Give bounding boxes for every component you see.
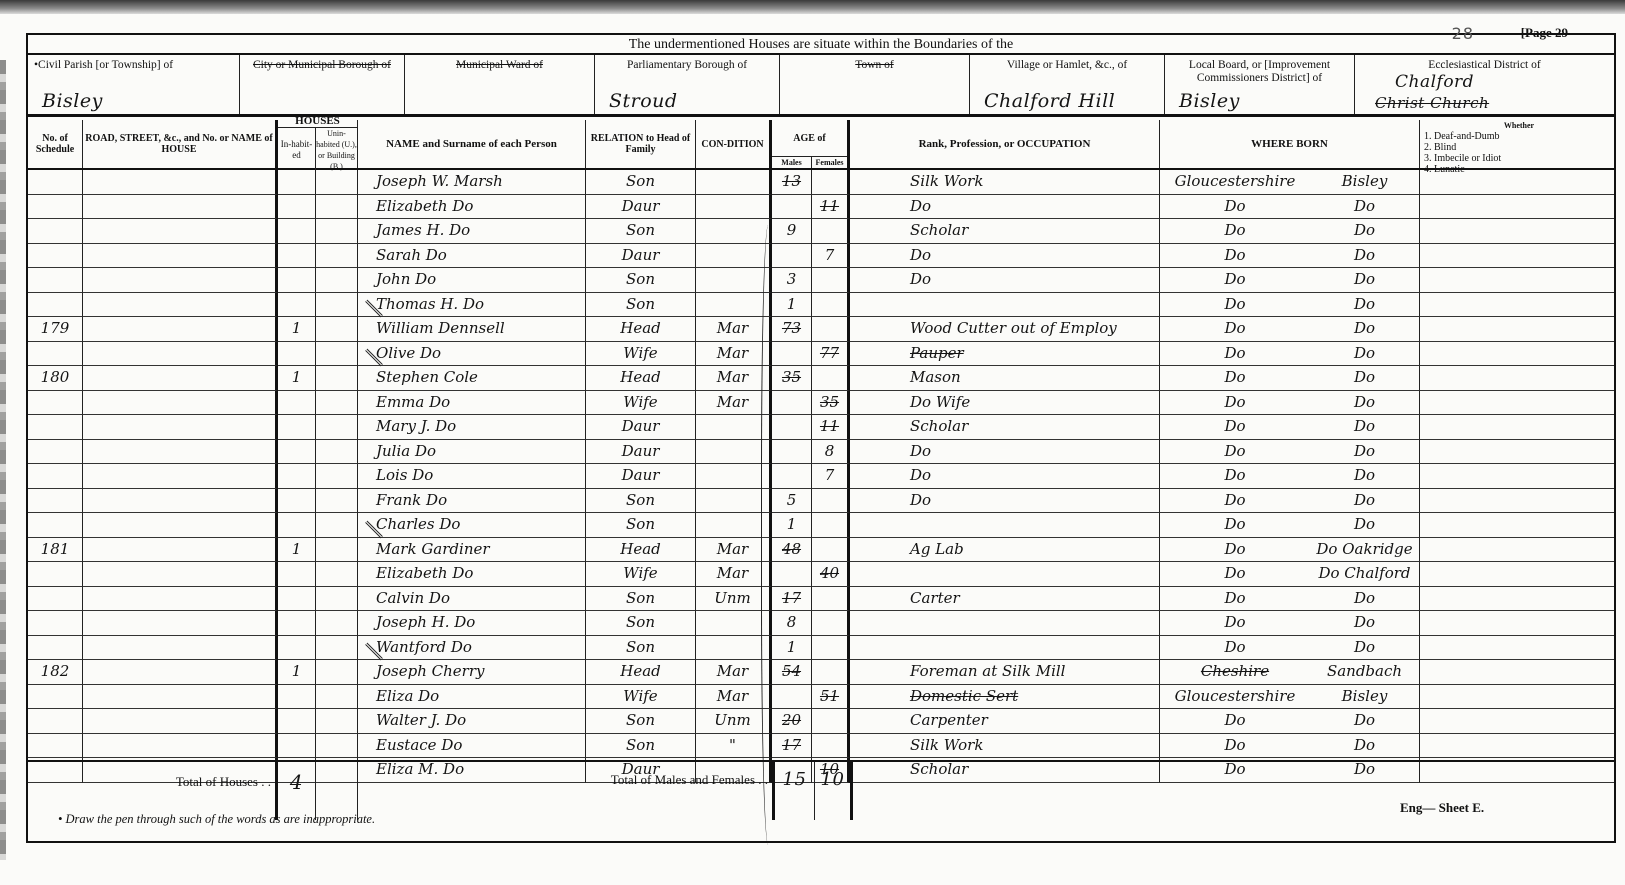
marital-condition	[696, 170, 772, 195]
col-schedule: No. of Schedule	[28, 120, 83, 168]
totals-empty	[853, 762, 1614, 820]
town-label: Town of	[786, 59, 963, 72]
inhabited-count	[278, 562, 316, 587]
uninhabited-cell	[316, 440, 358, 465]
born-place: Do	[1310, 342, 1420, 367]
footnote: • Draw the pen through such of the words…	[58, 812, 375, 827]
table-row: Sarah DoDaur7DoDoDo	[28, 244, 1614, 269]
born-county: Do	[1160, 244, 1310, 269]
born-county: Do	[1160, 293, 1310, 318]
born-county: Do	[1160, 440, 1310, 465]
female-age: 7	[812, 244, 850, 269]
table-row: Olive DoWifeMar77PauperDoDo	[28, 342, 1614, 367]
inhabited-count	[278, 244, 316, 269]
occupation: Mason	[850, 366, 1160, 391]
uninhabited-cell	[316, 293, 358, 318]
born-place: Sandbach	[1310, 660, 1420, 685]
female-age	[812, 170, 850, 195]
road-cell	[83, 195, 278, 220]
uninhabited-cell	[316, 464, 358, 489]
born-county: Do	[1160, 464, 1310, 489]
relation-to-head: Daur	[586, 195, 696, 220]
occupation: Silk Work	[850, 734, 1160, 759]
relation-to-head: Daur	[586, 464, 696, 489]
parliamentary-borough-label: Parliamentary Borough of	[601, 59, 773, 72]
col-age-label: AGE of	[772, 120, 847, 156]
relation-to-head: Head	[586, 660, 696, 685]
born-place: Do	[1310, 709, 1420, 734]
col-males: Males	[772, 157, 812, 168]
inhabited-count	[278, 195, 316, 220]
female-age: 7	[812, 464, 850, 489]
infirmity-cell	[1420, 611, 1614, 636]
road-cell	[83, 709, 278, 734]
born-county: Do	[1160, 268, 1310, 293]
born-county: Do	[1160, 489, 1310, 514]
uninhabited-cell	[316, 611, 358, 636]
occupation: Ag Lab	[850, 538, 1160, 563]
relation-to-head: Daur	[586, 440, 696, 465]
born-county: Do	[1160, 562, 1310, 587]
sheet-identifier: Eng— Sheet E.	[1400, 800, 1484, 816]
road-cell	[83, 366, 278, 391]
female-age	[812, 317, 850, 342]
relation-to-head: Head	[586, 366, 696, 391]
person-name: Wantford Do	[358, 636, 586, 661]
table-row: Emma DoWifeMar35Do WifeDoDo	[28, 391, 1614, 416]
occupation: Do	[850, 464, 1160, 489]
condition-column-pen-line	[761, 225, 779, 845]
table-row: Eliza DoWifeMar51Domestic SertGloucester…	[28, 685, 1614, 710]
person-name: Calvin Do	[358, 587, 586, 612]
road-cell	[83, 415, 278, 440]
uninhabited-cell	[316, 587, 358, 612]
table-row: 1801Stephen ColeHeadMar35MasonDoDo	[28, 366, 1614, 391]
female-age: 11	[812, 415, 850, 440]
municipal-borough-label: City or Municipal Borough of	[246, 59, 398, 72]
column-header-row: No. of Schedule ROAD, STREET, &c., and N…	[28, 120, 1614, 170]
person-name: Sarah Do	[358, 244, 586, 269]
inhabited-count	[278, 170, 316, 195]
male-age: 13	[772, 170, 812, 195]
schedule-number	[28, 342, 83, 367]
civil-parish-value: Bisley	[42, 90, 103, 112]
born-county: Do	[1160, 611, 1310, 636]
col-infirmity-2: 2. Blind	[1424, 142, 1614, 153]
relation-to-head: Son	[586, 293, 696, 318]
relation-to-head: Head	[586, 317, 696, 342]
inhabited-count	[278, 464, 316, 489]
table-row: Thomas H. DoSon1DoDo	[28, 293, 1614, 318]
total-persons-label: Total of Males and Females . .	[358, 762, 772, 820]
infirmity-cell	[1420, 268, 1614, 293]
inhabited-count	[278, 293, 316, 318]
infirmity-cell	[1420, 342, 1614, 367]
person-name: Stephen Cole	[358, 366, 586, 391]
col-occupation: Rank, Profession, or OCCUPATION	[850, 120, 1160, 168]
person-name: Frank Do	[358, 489, 586, 514]
local-board-label: Local Board, or [Improvement Commissione…	[1171, 59, 1348, 85]
occupation: Do	[850, 440, 1160, 465]
occupation: Do	[850, 489, 1160, 514]
road-cell	[83, 562, 278, 587]
infirmity-cell	[1420, 489, 1614, 514]
schedule-number	[28, 293, 83, 318]
schedule-number	[28, 170, 83, 195]
road-cell	[83, 219, 278, 244]
born-place: Do	[1310, 587, 1420, 612]
civil-parish-label: •Civil Parish [or Township] of	[34, 59, 233, 72]
person-name: Eliza Do	[358, 685, 586, 710]
road-cell	[83, 464, 278, 489]
ecclesiastical-district-value: Chalford	[1395, 72, 1474, 92]
ecclesiastical-district-cell: Ecclesiastical District of Chalford Chri…	[1355, 55, 1614, 114]
born-county: Cheshire	[1160, 660, 1310, 685]
born-county: Do	[1160, 366, 1310, 391]
female-age	[812, 709, 850, 734]
born-place: Do	[1310, 317, 1420, 342]
inhabited-count	[278, 489, 316, 514]
infirmity-cell	[1420, 513, 1614, 538]
occupation	[850, 513, 1160, 538]
uninhabited-cell	[316, 317, 358, 342]
marital-condition: Mar	[696, 342, 772, 367]
female-age	[812, 293, 850, 318]
uninhabited-cell	[316, 636, 358, 661]
inhabited-count	[278, 587, 316, 612]
infirmity-cell	[1420, 464, 1614, 489]
infirmity-cell	[1420, 562, 1614, 587]
born-place: Do	[1310, 734, 1420, 759]
infirmity-cell	[1420, 366, 1614, 391]
born-place: Do	[1310, 611, 1420, 636]
infirmity-cell	[1420, 317, 1614, 342]
inhabited-count	[278, 440, 316, 465]
born-county: Gloucestershire	[1160, 685, 1310, 710]
road-cell	[83, 293, 278, 318]
col-where-born: WHERE BORN	[1160, 120, 1420, 168]
road-cell	[83, 391, 278, 416]
road-cell	[83, 440, 278, 465]
female-age	[812, 660, 850, 685]
parliamentary-borough-value: Stroud	[609, 90, 678, 112]
scan-left-binding	[0, 60, 6, 860]
infirmity-cell	[1420, 685, 1614, 710]
inhabited-count	[278, 513, 316, 538]
occupation	[850, 293, 1160, 318]
road-cell	[83, 268, 278, 293]
born-place: Do	[1310, 489, 1420, 514]
table-row: Joseph W. MarshSon13Silk WorkGloucesters…	[28, 170, 1614, 195]
occupation: Do	[850, 268, 1160, 293]
relation-to-head: Daur	[586, 244, 696, 269]
total-males: 15	[775, 762, 815, 820]
col-road: ROAD, STREET, &c., and No. or NAME of HO…	[83, 120, 278, 168]
occupation: Carter	[850, 587, 1160, 612]
table-row: Julia DoDaur8DoDoDo	[28, 440, 1614, 465]
road-cell	[83, 170, 278, 195]
person-name: Olive Do	[358, 342, 586, 367]
schedule-number: 182	[28, 660, 83, 685]
schedule-number	[28, 415, 83, 440]
uninhabited-cell	[316, 562, 358, 587]
schedule-number	[28, 489, 83, 514]
inhabited-count	[278, 391, 316, 416]
col-condition: CON-DITION	[696, 120, 772, 168]
marital-condition	[696, 268, 772, 293]
ecclesiastical-district-label: Ecclesiastical District of	[1361, 59, 1608, 72]
occupation	[850, 562, 1160, 587]
born-place: Do	[1310, 366, 1420, 391]
relation-to-head: Son	[586, 489, 696, 514]
marital-condition	[696, 293, 772, 318]
female-age: 35	[812, 391, 850, 416]
municipal-ward-cell: Municipal Ward of	[405, 55, 595, 114]
female-age	[812, 513, 850, 538]
uninhabited-cell	[316, 244, 358, 269]
col-infirmity-1: 1. Deaf-and-Dumb	[1424, 131, 1614, 142]
local-board-cell: Local Board, or [Improvement Commissione…	[1165, 55, 1355, 114]
person-name: Mark Gardiner	[358, 538, 586, 563]
born-county: Do	[1160, 391, 1310, 416]
person-name: Thomas H. Do	[358, 293, 586, 318]
village-value: Chalford Hill	[984, 90, 1115, 112]
col-name: NAME and Surname of each Person	[358, 120, 586, 168]
uninhabited-cell	[316, 513, 358, 538]
person-name: Joseph Cherry	[358, 660, 586, 685]
born-county: Do	[1160, 513, 1310, 538]
relation-to-head: Son	[586, 219, 696, 244]
person-name: Elizabeth Do	[358, 562, 586, 587]
relation-to-head: Son	[586, 513, 696, 538]
born-county: Do	[1160, 219, 1310, 244]
table-row: John DoSon3DoDoDo	[28, 268, 1614, 293]
born-place: Do Oakridge	[1310, 538, 1420, 563]
born-place: Do	[1310, 636, 1420, 661]
village-label: Village or Hamlet, &c., of	[976, 59, 1158, 72]
schedule-number: 181	[28, 538, 83, 563]
relation-to-head: Son	[586, 636, 696, 661]
schedule-number	[28, 391, 83, 416]
table-row: Elizabeth DoDaur11DoDoDo	[28, 195, 1614, 220]
relation-to-head: Son	[586, 734, 696, 759]
road-cell	[83, 685, 278, 710]
municipal-borough-cell: City or Municipal Borough of	[240, 55, 405, 114]
table-row: Frank DoSon5DoDoDo	[28, 489, 1614, 514]
inhabited-count: 1	[278, 317, 316, 342]
road-cell	[83, 244, 278, 269]
inhabited-count	[278, 636, 316, 661]
born-place: Do	[1310, 195, 1420, 220]
person-name: John Do	[358, 268, 586, 293]
table-row: Calvin DoSonUnm17CarterDoDo	[28, 587, 1614, 612]
total-females: 10	[815, 762, 853, 820]
born-county: Do	[1160, 415, 1310, 440]
uninhabited-cell	[316, 660, 358, 685]
female-age: 8	[812, 440, 850, 465]
born-place: Do	[1310, 268, 1420, 293]
uninhabited-cell	[316, 415, 358, 440]
infirmity-cell	[1420, 440, 1614, 465]
inhabited-count	[278, 342, 316, 367]
scan-top-edge	[0, 0, 1625, 14]
person-name: Emma Do	[358, 391, 586, 416]
born-county: Do	[1160, 587, 1310, 612]
marital-condition	[696, 195, 772, 220]
schedule-number	[28, 709, 83, 734]
road-cell	[83, 660, 278, 685]
occupation: Foreman at Silk Mill	[850, 660, 1160, 685]
village-cell: Village or Hamlet, &c., of Chalford Hill	[970, 55, 1165, 114]
parliamentary-borough-cell: Parliamentary Borough of Stroud	[595, 55, 780, 114]
uninhabited-cell	[316, 734, 358, 759]
person-name: Charles Do	[358, 513, 586, 538]
uninhabited-cell	[316, 538, 358, 563]
born-county: Do	[1160, 195, 1310, 220]
schedule-number	[28, 587, 83, 612]
table-row: Wantford DoSon1DoDo	[28, 636, 1614, 661]
col-relation: RELATION to Head of Family	[586, 120, 696, 168]
born-county: Do	[1160, 636, 1310, 661]
infirmity-cell	[1420, 195, 1614, 220]
infirmity-cell	[1420, 219, 1614, 244]
female-age	[812, 611, 850, 636]
occupation: Scholar	[850, 415, 1160, 440]
inhabited-count	[278, 611, 316, 636]
col-age: AGE of Males Females	[772, 120, 850, 168]
occupation: Carpenter	[850, 709, 1160, 734]
town-cell: Town of	[780, 55, 970, 114]
female-age: 77	[812, 342, 850, 367]
road-cell	[83, 734, 278, 759]
schedule-number	[28, 562, 83, 587]
inhabited-count: 1	[278, 660, 316, 685]
relation-to-head: Son	[586, 170, 696, 195]
born-place: Do	[1310, 440, 1420, 465]
occupation: Wood Cutter out of Employ	[850, 317, 1160, 342]
table-row: 1821Joseph CherryHeadMar54Foreman at Sil…	[28, 660, 1614, 685]
table-row: Lois DoDaur7DoDoDo	[28, 464, 1614, 489]
schedule-number	[28, 734, 83, 759]
person-name: Joseph W. Marsh	[358, 170, 586, 195]
uninhabited-cell	[316, 268, 358, 293]
born-place: Do	[1310, 219, 1420, 244]
uninhabited-cell	[316, 342, 358, 367]
marital-condition	[696, 219, 772, 244]
relation-to-head: Son	[586, 709, 696, 734]
relation-to-head: Son	[586, 587, 696, 612]
inhabited-count	[278, 685, 316, 710]
boundaries-row: •Civil Parish [or Township] of Bisley Ci…	[28, 55, 1614, 117]
schedule-number	[28, 268, 83, 293]
marital-condition: Unm	[696, 709, 772, 734]
schedule-number: 179	[28, 317, 83, 342]
uninhabited-cell	[316, 219, 358, 244]
road-cell	[83, 587, 278, 612]
relation-to-head: Son	[586, 611, 696, 636]
marital-condition: Mar	[696, 317, 772, 342]
infirmity-cell	[1420, 636, 1614, 661]
person-name: Mary J. Do	[358, 415, 586, 440]
infirmity-cell	[1420, 538, 1614, 563]
relation-to-head: Wife	[586, 685, 696, 710]
person-name: Eustace Do	[358, 734, 586, 759]
person-name: Joseph H. Do	[358, 611, 586, 636]
relation-to-head: Wife	[586, 391, 696, 416]
inhabited-count: 1	[278, 538, 316, 563]
table-row: Eustace DoSon"17Silk WorkDoDo	[28, 734, 1614, 759]
infirmity-cell	[1420, 734, 1614, 759]
col-houses-label: HOUSES	[278, 116, 357, 128]
road-cell	[83, 342, 278, 367]
relation-to-head: Daur	[586, 415, 696, 440]
marital-condition	[696, 244, 772, 269]
female-age	[812, 734, 850, 759]
female-age	[812, 636, 850, 661]
schedule-number	[28, 440, 83, 465]
relation-to-head: Wife	[586, 342, 696, 367]
born-county: Do	[1160, 342, 1310, 367]
table-row: Charles DoSon1DoDo	[28, 513, 1614, 538]
male-age	[772, 195, 812, 220]
infirmity-cell	[1420, 170, 1614, 195]
civil-parish-cell: •Civil Parish [or Township] of Bisley	[28, 55, 240, 114]
road-cell	[83, 538, 278, 563]
table-row: Joseph H. DoSon8DoDo	[28, 611, 1614, 636]
uninhabited-cell	[316, 685, 358, 710]
infirmity-cell	[1420, 415, 1614, 440]
col-houses: HOUSES In-habit-ed Unin-habited (U.), or…	[278, 120, 358, 168]
occupation: Do	[850, 244, 1160, 269]
inhabited-count	[278, 709, 316, 734]
inhabited-count	[278, 219, 316, 244]
born-place: Do	[1310, 513, 1420, 538]
person-name: Julia Do	[358, 440, 586, 465]
female-age	[812, 538, 850, 563]
table-row: Mary J. DoDaur11ScholarDoDo	[28, 415, 1614, 440]
road-cell	[83, 489, 278, 514]
occupation	[850, 636, 1160, 661]
table-row: Walter J. DoSonUnm20CarpenterDoDo	[28, 709, 1614, 734]
schedule-number	[28, 464, 83, 489]
infirmity-cell	[1420, 391, 1614, 416]
infirmity-cell	[1420, 244, 1614, 269]
schedule-number: 180	[28, 366, 83, 391]
born-place: Do	[1310, 244, 1420, 269]
female-age: 40	[812, 562, 850, 587]
inhabited-count	[278, 734, 316, 759]
female-age	[812, 268, 850, 293]
infirmity-cell	[1420, 709, 1614, 734]
col-infirmity-title: Whether	[1424, 120, 1614, 131]
table-row: 1791William DennsellHeadMar73Wood Cutter…	[28, 317, 1614, 342]
relation-to-head: Son	[586, 268, 696, 293]
occupation: Silk Work	[850, 170, 1160, 195]
occupation: Domestic Sert	[850, 685, 1160, 710]
born-county: Do	[1160, 317, 1310, 342]
schedule-number	[28, 513, 83, 538]
occupation: Scholar	[850, 219, 1160, 244]
col-inhabited: In-habit-ed	[278, 128, 316, 172]
uninhabited-cell	[316, 391, 358, 416]
inhabited-count: 1	[278, 366, 316, 391]
born-county: Do	[1160, 734, 1310, 759]
born-county: Do	[1160, 538, 1310, 563]
born-place: Do Chalford	[1310, 562, 1420, 587]
occupation	[850, 611, 1160, 636]
female-age: 51	[812, 685, 850, 710]
road-cell	[83, 513, 278, 538]
